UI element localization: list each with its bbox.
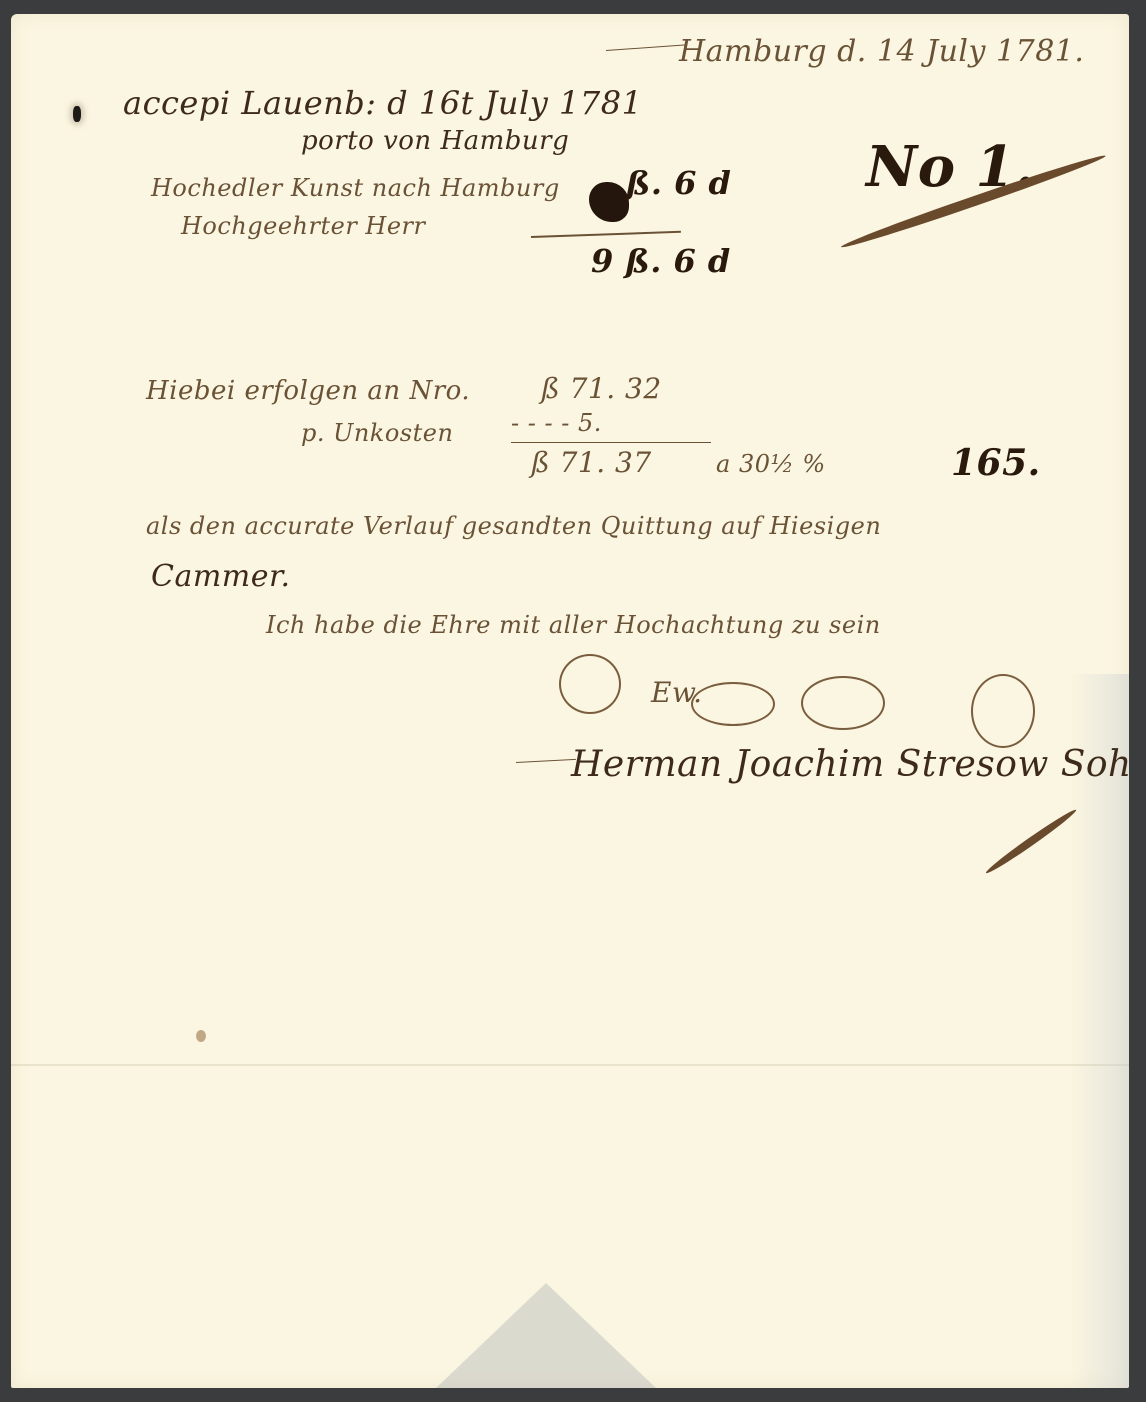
salutation-line1: Hochedler Kunst nach Hamburg <box>151 174 560 202</box>
body-line4: als den accurate Verlauf gesandten Quitt… <box>146 512 881 540</box>
salutation-line2: Hochgeehrter Herr <box>181 212 426 240</box>
body-line3-amount: ß 71. 37 <box>531 446 652 479</box>
closing-line: Ich habe die Ehre mit aller Hochachtung … <box>266 611 881 639</box>
body-line3-result: 165. <box>951 442 1041 484</box>
postage-rule <box>531 231 681 238</box>
body-line2-amount: - - - - 5. <box>511 409 602 437</box>
ink-stain <box>196 1030 206 1042</box>
body-line3-rate: a 30½ % <box>716 450 826 478</box>
signature-flourish <box>559 654 621 714</box>
document-page: Hamburg d. 14 July 1781. No 1. accepi La… <box>11 14 1129 1388</box>
paper-fold <box>11 1064 1129 1066</box>
postage-total: 9 ß. 6 d <box>591 242 731 280</box>
postage-line1: ß. 6 d <box>626 164 731 202</box>
signature-flourish <box>801 676 885 730</box>
body-line1-amount: ß 71. 32 <box>541 372 662 405</box>
paper-hole <box>73 106 81 122</box>
flourish-stroke <box>606 44 686 51</box>
body-line5: Cammer. <box>151 559 291 594</box>
body-line2-text: p. Unkosten <box>301 419 453 447</box>
signature-tail <box>984 807 1079 877</box>
signature-flourish <box>971 674 1035 748</box>
ink-blot <box>589 182 629 222</box>
place-date: Hamburg d. 14 July 1781. <box>679 34 1084 69</box>
signature-initials: Ew. <box>651 676 702 709</box>
accepi-note: accepi Lauenb: d 16t July 1781 <box>123 84 642 122</box>
porto-note: porto von Hamburg <box>301 126 569 156</box>
sum-rule <box>511 442 711 443</box>
signature-lead-stroke <box>516 759 576 763</box>
signature-flourish <box>691 682 775 726</box>
body-line1-text: Hiebei erfolgen an Nro. <box>146 376 470 406</box>
signature-name: Herman Joachim Stresow Sohn <box>571 744 1129 785</box>
scan-shadow <box>436 1283 656 1388</box>
